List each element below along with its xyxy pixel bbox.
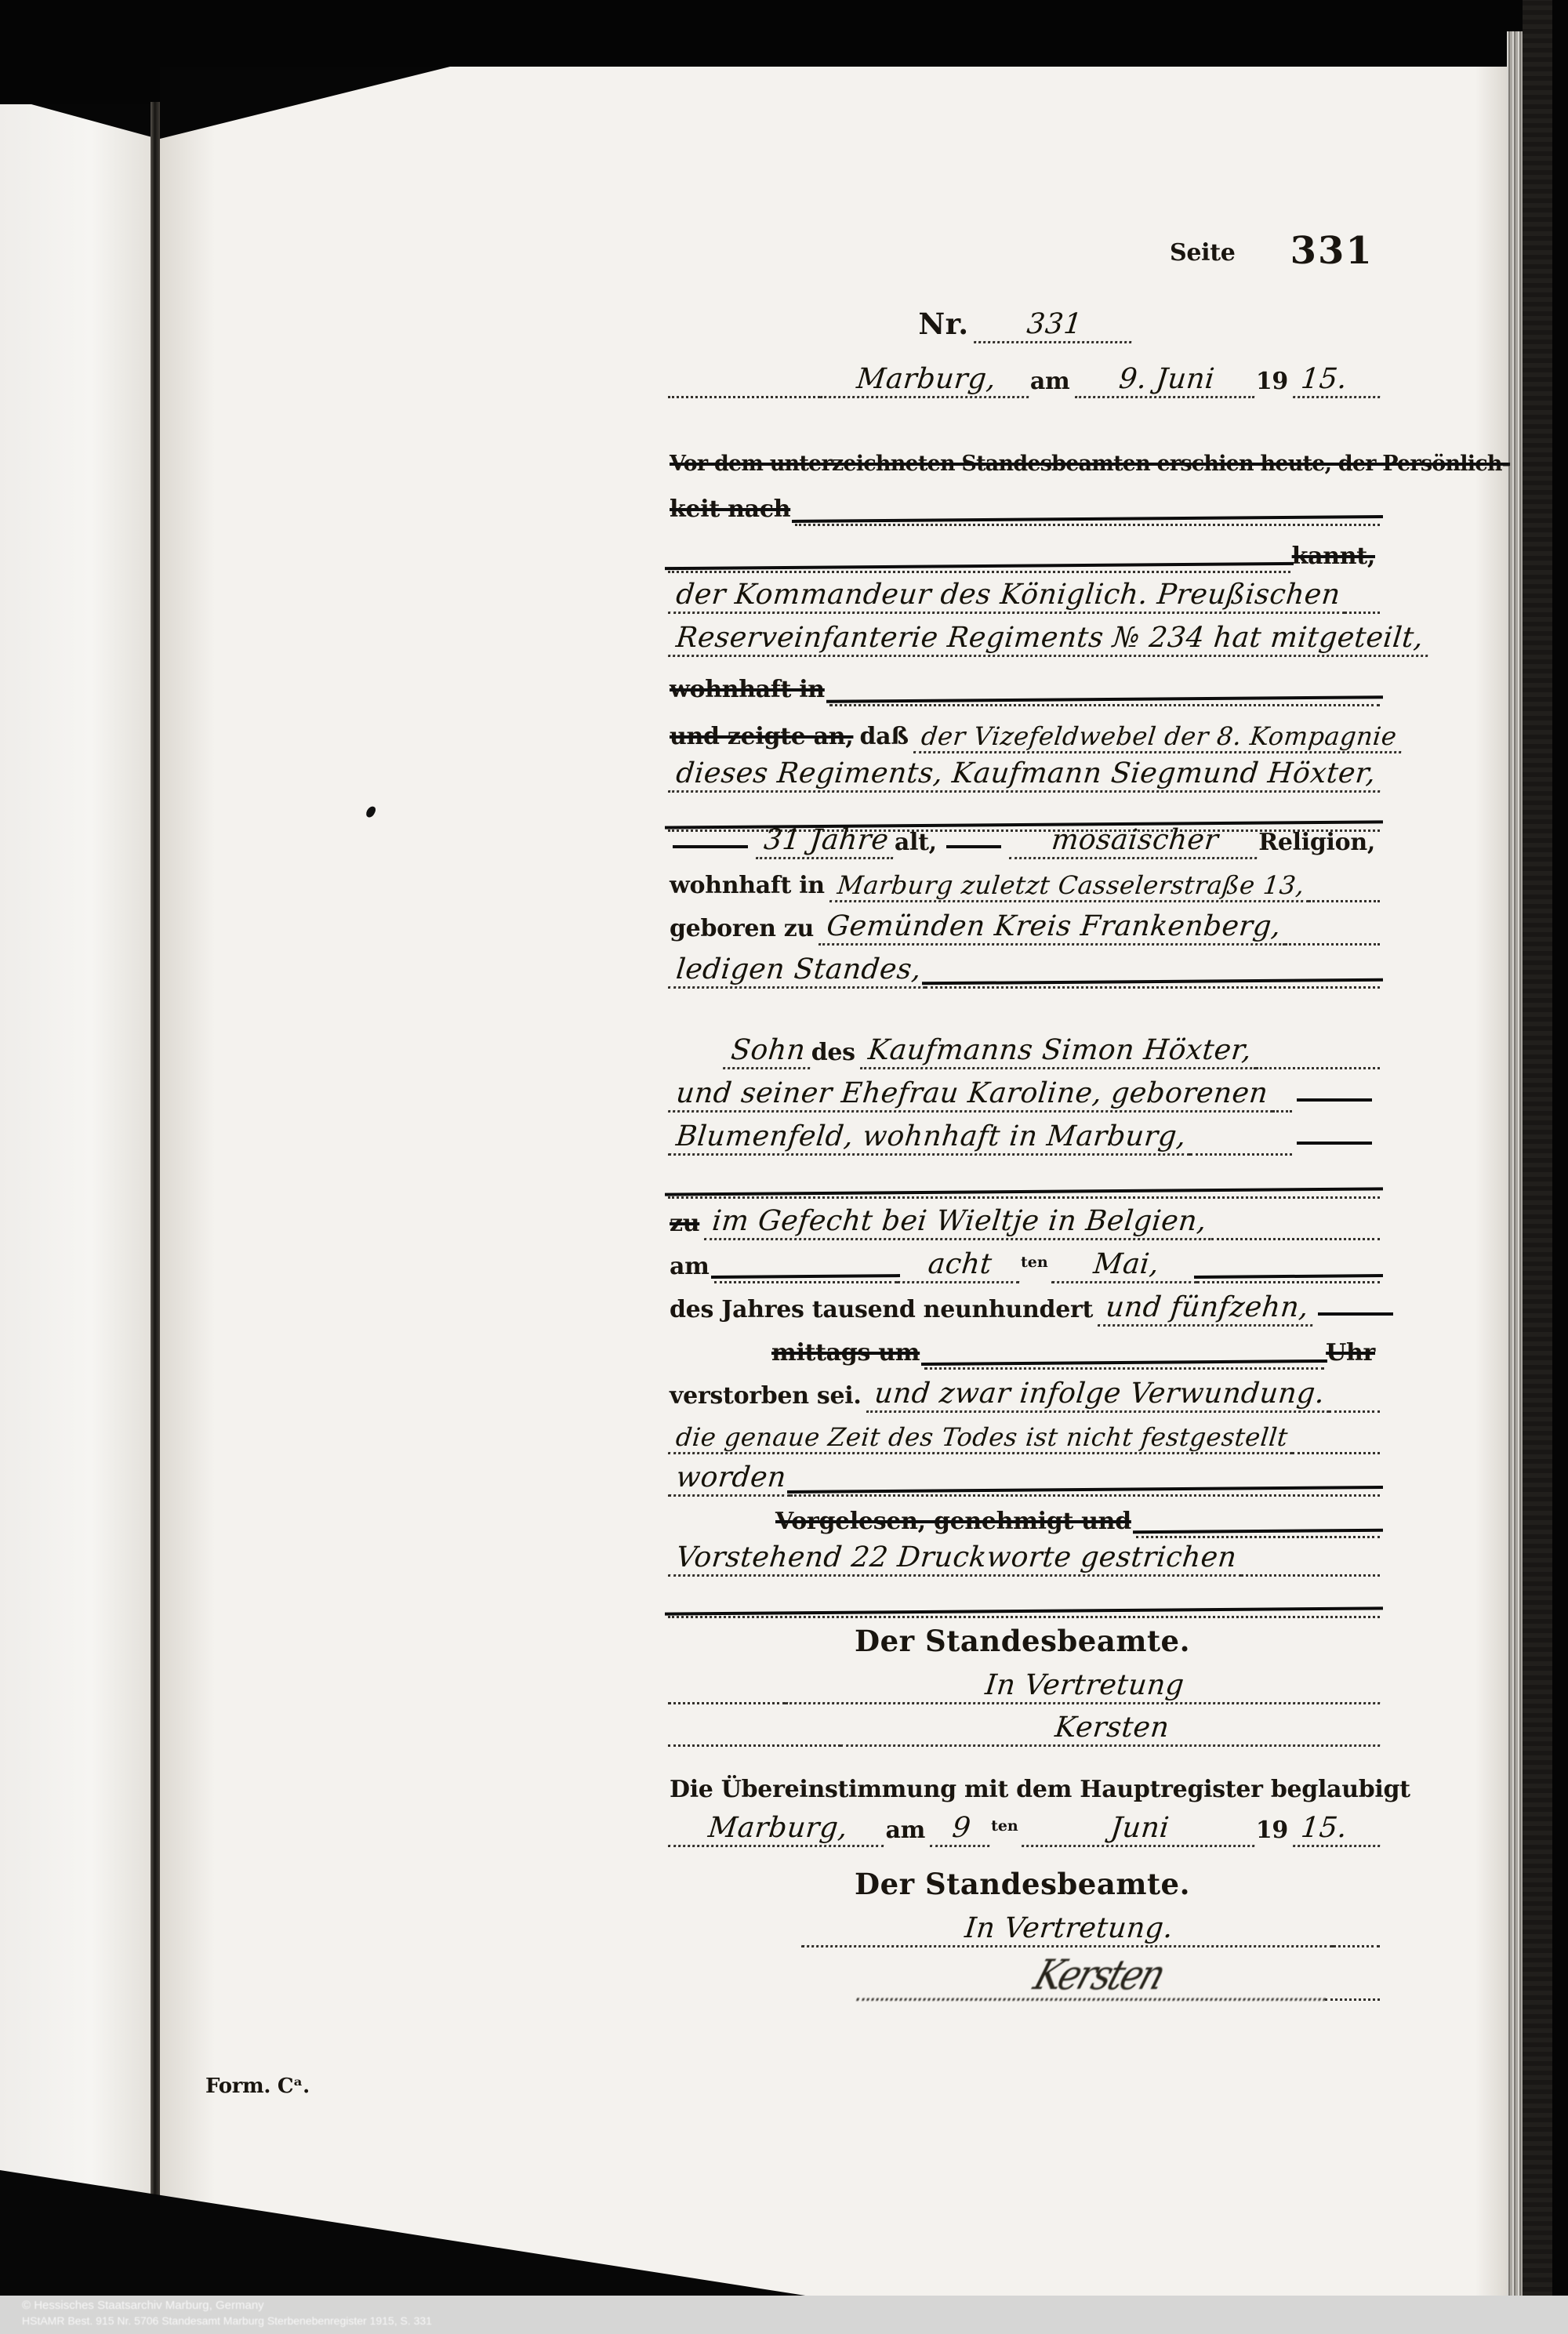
blank-struck-line xyxy=(668,1155,1380,1199)
status-value: ledigen Standes, xyxy=(668,956,929,989)
des-label: des xyxy=(810,1041,860,1069)
wohnhaft-label: wohnhaft in xyxy=(668,874,829,902)
certification-dateline: Marburg, am 9 ten Juni 19 15. xyxy=(668,1803,1380,1847)
struck-rule xyxy=(925,982,1380,989)
year-intro-label: des Jahres tausend neunhundert xyxy=(668,1298,1098,1327)
status-line: ledigen Standes, xyxy=(668,945,1380,989)
ten-label: ten xyxy=(1019,1254,1051,1283)
certification-text: Die Übereinstimmung mit dem Hauptregiste… xyxy=(668,1778,1415,1806)
declaration-line: und zeigte an, daß der Vizefeldwebel der… xyxy=(668,710,1380,753)
struck-rule xyxy=(795,520,1380,526)
struck-rule xyxy=(829,700,1380,706)
age-religion-line: 31 Jahre alt, mosaischer Religion, xyxy=(668,815,1380,859)
page-number: 331 xyxy=(1289,232,1378,270)
archive-watermark-line1: © Hessisches Staatsarchiv Marburg, Germa… xyxy=(22,2299,264,2312)
death-remark-line-3: worden xyxy=(668,1453,1380,1497)
mother-value: Blumenfeld, wohnhaft in Marburg, xyxy=(668,1123,1194,1156)
sohn-text: Sohn xyxy=(723,1036,813,1069)
registrar-heading: Der Standesbeamte. xyxy=(668,1617,1380,1661)
struck-zu-label: zu xyxy=(668,1212,704,1240)
death-place-line: zu im Gefecht bei Wieltje in Belgien, xyxy=(668,1196,1380,1240)
father-value: Kaufmanns Simon Höxter, xyxy=(860,1036,1259,1069)
registrar-heading-2: Der Standesbeamte. xyxy=(668,1860,1380,1904)
signature-line-2: Kersten xyxy=(668,1946,1380,2001)
registrar-label: Der Standesbeamte. xyxy=(853,1870,1195,1904)
certification-place: Marburg, xyxy=(668,1814,887,1847)
mother-line-2: Blumenfeld, wohnhaft in Marburg, xyxy=(668,1112,1380,1156)
death-month-value: Mai, xyxy=(1051,1250,1200,1283)
book-scan: Seite 331 Nr. 331 Marburg, am 9. Juni 19… xyxy=(0,0,1568,2334)
religion-label: Religion, xyxy=(1257,831,1380,859)
spacer xyxy=(668,1997,856,2001)
residence-line: wohnhaft in Marburg zuletzt Casselerstra… xyxy=(668,858,1380,902)
correction-note-line: Vorstehend 22 Druckworte gestrichen xyxy=(668,1533,1380,1577)
filler-dash xyxy=(1297,1142,1372,1145)
alt-label: alt, xyxy=(893,831,942,859)
dateline: Marburg, am 9. Juni 19 15. xyxy=(668,354,1380,398)
death-year-line: des Jahres tausend neunhundert und fünfz… xyxy=(668,1283,1380,1327)
father-line: Sohn des Kaufmanns Simon Höxter, xyxy=(668,1025,1380,1069)
struck-kannt-text: kannt, xyxy=(1290,545,1380,573)
notifier-line-1: der Kommandeur des Königlich. Preußische… xyxy=(668,570,1380,614)
notifier-line-2: Reserveinfanterie Regiments № 234 hat mi… xyxy=(668,613,1380,657)
religion-value: mosaischer xyxy=(1009,826,1261,859)
book-gutter xyxy=(151,102,160,2334)
opposite-page-edge xyxy=(0,104,152,2334)
notifier-text: der Kommandeur des Königlich. Preußische… xyxy=(668,581,1348,614)
certification-year: 15. xyxy=(1293,1814,1383,1847)
rule-fill xyxy=(668,392,820,398)
verstorben-label: verstorben sei. xyxy=(668,1385,866,1413)
struck-wohnhaft-text: wohnhaft in xyxy=(668,678,829,706)
rule-fill xyxy=(1325,1995,1380,2001)
book-cover-edge xyxy=(1523,0,1552,2334)
death-remark-line-2: die genaue Zeit des Todes ist nicht fest… xyxy=(668,1410,1380,1454)
death-year-value: und fünfzehn, xyxy=(1098,1294,1316,1327)
geboren-label: geboren zu xyxy=(668,917,818,946)
certification-month: Juni xyxy=(1022,1814,1258,1847)
death-day-value: acht xyxy=(897,1250,1022,1283)
archive-watermark-band: © Hessisches Staatsarchiv Marburg, Germa… xyxy=(0,2296,1568,2334)
record-number-line: Nr. 331 xyxy=(668,299,1380,343)
residence-value: Marburg zuletzt Casselerstraße 13, xyxy=(829,873,1312,902)
am-label: am xyxy=(668,1255,714,1283)
dateline-year: 15. xyxy=(1293,365,1383,398)
ten-label: ten xyxy=(989,1817,1022,1847)
certification-statement: Die Übereinstimmung mit dem Hauptregiste… xyxy=(668,1762,1380,1806)
archive-watermark-line2: HStAMR Best. 915 Nr. 5706 Standesamt Mar… xyxy=(22,2314,432,2327)
struck-uhr-label: Uhr xyxy=(1324,1341,1380,1370)
am-label: am xyxy=(1029,370,1075,398)
struck-time-line: mittags um Uhr xyxy=(668,1326,1380,1370)
page-header: Seite 331 xyxy=(1168,232,1513,270)
deputy-line-2: In Vertretung. xyxy=(668,1904,1380,1947)
year-printed: 19 xyxy=(1254,1819,1293,1847)
struck-intro-text: Vor dem unterzeichneten Standesbeamten e… xyxy=(668,453,1515,479)
mother-line-1: und seiner Ehefrau Karoline, geborenen xyxy=(668,1069,1380,1113)
dateline-place: Marburg, xyxy=(820,365,1032,398)
age-value: 31 Jahre xyxy=(756,826,896,859)
blank-struck-line xyxy=(668,1574,1380,1618)
filler-dash xyxy=(1318,1312,1393,1316)
death-place-value: im Gefecht bei Wieltje in Belgien, xyxy=(704,1207,1214,1240)
deputy-note: In Vertretung. xyxy=(801,1915,1336,1947)
registrar-signature-scrawl: Kersten xyxy=(856,1954,1340,2001)
signature-line: Kersten xyxy=(668,1703,1380,1747)
struck-intro-text: keit nach xyxy=(668,498,795,526)
form-code-label: Form. Cᵃ. xyxy=(204,2076,314,2101)
deputy-line: In Vertretung xyxy=(668,1661,1380,1704)
nr-label: Nr. xyxy=(916,310,973,343)
correction-note: Vorstehend 22 Druckworte gestrichen xyxy=(668,1544,1244,1577)
rule-fill xyxy=(668,1741,840,1747)
filler-dash xyxy=(946,845,1001,848)
struck-wohnhaft-line: wohnhaft in xyxy=(668,662,1380,706)
registrar-signature: Kersten xyxy=(840,1714,1383,1747)
notifier-text: Reserveinfanterie Regiments № 234 hat mi… xyxy=(668,624,1431,657)
dateline-date: 9. Juni xyxy=(1075,365,1258,398)
death-remark: und zwar infolge Verwundung. xyxy=(866,1380,1332,1413)
registrar-label: Der Standesbeamte. xyxy=(853,1627,1195,1661)
certification-day: 9 xyxy=(930,1814,993,1847)
deputy-note: In Vertretung xyxy=(786,1672,1383,1704)
birthplace-line: geboren zu Gemünden Kreis Frankenberg, xyxy=(668,902,1380,946)
intro-line-3: kannt, xyxy=(668,529,1380,573)
mother-value: und seiner Ehefrau Karoline, geborenen xyxy=(668,1080,1276,1113)
seite-label: Seite xyxy=(1168,241,1240,270)
am-label: am xyxy=(884,1819,930,1847)
vorgelesen-line: Vorgelesen, genehmigt und xyxy=(668,1494,1380,1538)
birthplace-value: Gemünden Kreis Frankenberg, xyxy=(818,913,1288,946)
death-date-line: am acht ten Mai, xyxy=(668,1240,1380,1283)
filler-dash xyxy=(1297,1098,1372,1102)
record-number-value: 331 xyxy=(974,310,1134,343)
struck-mittags-label: mittags um xyxy=(770,1341,924,1370)
filler-dash xyxy=(673,845,748,848)
intro-line-2: keit nach xyxy=(668,482,1380,526)
death-statement-line: verstorben sei. und zwar infolge Verwund… xyxy=(668,1369,1380,1413)
intro-line-1: Vor dem unterzeichneten Standesbeamten e… xyxy=(668,435,1380,479)
death-remark: die genaue Zeit des Todes ist nicht fest… xyxy=(668,1425,1295,1454)
death-remark: worden xyxy=(668,1464,794,1497)
deceased-line-2: dieses Regiments, Kaufmann Siegmund Höxt… xyxy=(668,749,1380,793)
year-printed: 19 xyxy=(1254,370,1293,398)
page-block-edge xyxy=(1507,31,1523,2334)
